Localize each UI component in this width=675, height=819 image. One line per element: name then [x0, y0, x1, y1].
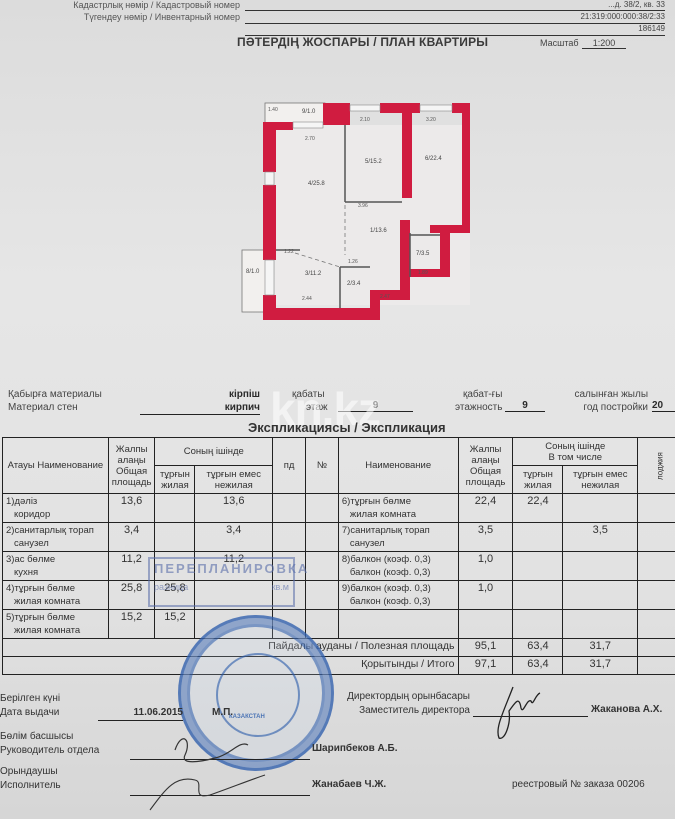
grand-total: 97,1 — [458, 657, 513, 675]
useful-area-loggia — [638, 639, 675, 657]
room-name-kz: 7)санитарлық торап — [342, 524, 455, 537]
room-name-ru: жилая комната — [6, 624, 105, 637]
exec-label-ru: Исполнитель — [0, 779, 61, 793]
balcony-left — [242, 250, 266, 312]
signatures-icon — [120, 720, 300, 815]
room-name-kz: 8)балкон (коэф. 0,3) — [342, 553, 455, 566]
svg-text:7/3.5: 7/3.5 — [416, 251, 430, 257]
explication-table: Атауы Наименование Жалпы алаңы Общая пло… — [2, 437, 675, 675]
head-name: Шарипбеков А.Б. — [312, 742, 398, 756]
exec-label: Орындаушы Исполнитель — [0, 765, 61, 793]
room-name-cell: 3)ас бөлмекухня — [3, 552, 109, 581]
col-header-a: пд — [273, 438, 306, 494]
col-header-name: Атауы Наименование — [3, 438, 109, 494]
living-area-cell — [513, 523, 563, 552]
room-name-cell — [338, 610, 458, 639]
cadastral-value: ...д. 38/2, кв. 33 — [245, 0, 665, 11]
issue-date-label: Берілген күні Дата выдачи — [0, 692, 60, 720]
grand-total-nonliving: 31,7 — [563, 657, 638, 675]
deputy-label-kz: Директордың орынбасары — [345, 690, 470, 704]
plan-title: ПӘТЕРДІҢ ЖОСПАРЫ / ПЛАН КВАРТИРЫ — [237, 35, 488, 49]
wall-label-kz: Қабырға материалы — [8, 388, 102, 401]
svg-text:2.70: 2.70 — [305, 136, 315, 142]
empty-cell — [273, 494, 306, 523]
exec-name: Жанабаев Ч.Ж. — [312, 778, 386, 792]
col-header-name2: Наименование — [338, 438, 458, 494]
col-header-b: № — [306, 438, 339, 494]
total-area-cell: 1,0 — [458, 552, 513, 581]
svg-text:1/13.6: 1/13.6 — [370, 228, 387, 234]
head-label: Бөлім басшысы Руководитель отдела — [0, 730, 99, 758]
replanning-stamp: ПЕРЕПЛАНИРОВКА разница кв.м — [148, 557, 295, 607]
grand-total-living: 63,4 — [513, 657, 563, 675]
svg-text:4/25.8: 4/25.8 — [308, 181, 325, 187]
svg-text:2.10: 2.10 — [360, 117, 370, 123]
room-name-cell: 9)балкон (коэф. 0,3)балкон (коэф. 0,3) — [338, 581, 458, 610]
empty-cell — [306, 523, 339, 552]
nonliving-area-cell: 3,5 — [563, 523, 638, 552]
exec-label-kz: Орындаушы — [0, 765, 61, 779]
scale-label: Масштаб — [540, 38, 579, 48]
useful-area-living: 63,4 — [513, 639, 563, 657]
loggia-cell — [638, 523, 675, 552]
col-header-loggia: лоджия — [638, 438, 675, 494]
total-area-cell: 13,6 — [108, 494, 155, 523]
svg-text:2/3.4: 2/3.4 — [347, 281, 361, 287]
issue-date-value: 11.06.2015 — [98, 706, 183, 721]
total-area-cell: 22,4 — [458, 494, 513, 523]
col-header-nonliving2: тұрғын емес нежилая — [563, 466, 638, 494]
inventory-value: 21:319:000:000:38/2:33 — [245, 12, 665, 24]
living-area-cell: 15,2 — [155, 610, 195, 639]
room-name-kz: 4)тұрғын бөлме — [6, 582, 105, 595]
order-number: реестровый № заказа 00206 — [512, 778, 645, 792]
room-name-ru: санузел — [342, 537, 455, 550]
svg-text:2.44: 2.44 — [302, 296, 312, 302]
living-area-cell — [155, 523, 195, 552]
svg-text:1.40: 1.40 — [268, 107, 278, 113]
svg-text:3/11.2: 3/11.2 — [305, 271, 322, 277]
nonliving-area-cell — [563, 610, 638, 639]
empty-cell — [306, 610, 339, 639]
deputy-label: Директордың орынбасары Заместитель дирек… — [345, 690, 470, 718]
table-row: 5)тұрғын бөлмежилая комната15,215,2 — [3, 610, 675, 639]
wall-material-label: Қабырға материалы Материал стен — [8, 388, 102, 414]
total-area-cell: 15,2 — [108, 610, 155, 639]
svg-text:1.89: 1.89 — [418, 270, 428, 276]
replanning-stamp-unit: кв.м — [272, 582, 289, 592]
empty-cell — [273, 523, 306, 552]
room-name-cell: 4)тұрғын бөлмежилая комната — [3, 581, 109, 610]
living-area-cell — [513, 552, 563, 581]
svg-text:5/15.2: 5/15.2 — [365, 159, 382, 165]
loggia-cell — [638, 610, 675, 639]
living-area-cell — [155, 494, 195, 523]
total-area-cell: 1,0 — [458, 581, 513, 610]
inventory-label: Түгендеу нөмір / Инвентарный номер — [50, 12, 240, 22]
year-label: салынған жылы год постройки — [560, 388, 648, 414]
deputy-label-ru: Заместитель директора — [345, 704, 470, 718]
floors-label: қабат-ғы этажность — [455, 388, 502, 414]
wall-material-value: кірпіш кирпич — [140, 388, 260, 415]
table-row: 3)ас бөлмекухня11,211,28)балкон (коэф. 0… — [3, 552, 675, 581]
room-name-cell: 1)дәлізкоридор — [3, 494, 109, 523]
head-label-ru: Руководитель отдела — [0, 744, 99, 758]
svg-text:3.96: 3.96 — [358, 203, 368, 209]
col-header-nonliving: тұрғын емес нежилая — [195, 466, 273, 494]
col-header-total: Жалпы алаңы Общая площадь — [108, 438, 155, 494]
empty-cell — [306, 494, 339, 523]
svg-text:9/1.0: 9/1.0 — [302, 109, 316, 115]
room-name-ru: жилая комната — [6, 595, 105, 608]
scale-value: 1:200 — [582, 38, 626, 49]
total-area-cell: 3,4 — [108, 523, 155, 552]
room-name-ru: кухня — [6, 566, 105, 579]
room-name-cell: 8)балкон (коэф. 0,3)балкон (коэф. 0,3) — [338, 552, 458, 581]
loggia-cell — [638, 494, 675, 523]
year-label-kz: салынған жылы — [560, 388, 648, 401]
empty-cell — [306, 581, 339, 610]
wall-value-kz: кірпіш — [140, 388, 260, 401]
replanning-stamp-sub: разница — [154, 582, 188, 592]
room-name-ru: санузел — [6, 537, 105, 550]
table-row: 1)дәлізкоридор13,613,66)тұрғын бөлмежила… — [3, 494, 675, 523]
svg-text:8/1.0: 8/1.0 — [246, 269, 260, 275]
col-header-living: тұрғын жилая — [155, 466, 195, 494]
useful-area-total: 95,1 — [458, 639, 513, 657]
room-name-ru: жилая комната — [342, 508, 455, 521]
loggia-cell — [638, 552, 675, 581]
deputy-signature-icon — [485, 683, 545, 743]
svg-text:6/22.4: 6/22.4 — [425, 156, 442, 162]
deputy-name: Жаканова А.Х. — [591, 703, 662, 717]
cadastral-label: Кадастрлық нөмір / Кадастровый номер — [60, 0, 240, 10]
mp-label: М.П. — [212, 706, 233, 720]
issue-date-label-kz: Берілген күні — [0, 692, 60, 706]
floors-value: 9 — [505, 400, 545, 412]
explication-title: Экспликациясы / Экспликация — [248, 420, 446, 435]
room-name-kz: 3)ас бөлме — [6, 553, 105, 566]
wall-label-ru: Материал стен — [8, 401, 102, 414]
floors-label-ru: этажность — [455, 401, 502, 414]
nonliving-area-cell: 3,4 — [195, 523, 273, 552]
room-name-kz: 6)тұрғын бөлме — [342, 495, 455, 508]
empty-cell — [306, 552, 339, 581]
year-value: 20 — [652, 400, 675, 412]
replanning-stamp-title: ПЕРЕПЛАНИРОВКА — [154, 561, 289, 576]
wall-value-ru: кирпич — [140, 401, 260, 415]
room-name-ru: коридор — [6, 508, 105, 521]
room-name-kz: 2)санитарлық торап — [6, 524, 105, 537]
grand-total-loggia — [638, 657, 675, 675]
svg-text:2.47: 2.47 — [380, 294, 390, 300]
incl2-ru: В том числе — [516, 452, 634, 463]
living-area-cell — [513, 581, 563, 610]
room-name-ru: балкон (коэф. 0,3) — [342, 595, 455, 608]
col-header-incl: Соның ішінде — [155, 438, 273, 466]
incl2-kz: Соның ішінде — [516, 441, 634, 452]
nonliving-area-cell — [563, 581, 638, 610]
total-area-cell — [458, 610, 513, 639]
room-name-cell: 5)тұрғын бөлмежилая комната — [3, 610, 109, 639]
svg-text:1.26: 1.26 — [348, 259, 358, 265]
room-name-kz: 1)дәліз — [6, 495, 105, 508]
svg-text:3.20: 3.20 — [426, 117, 436, 123]
living-area-cell: 22,4 — [513, 494, 563, 523]
col-header-total2: Жалпы алаңы Общая площадь — [458, 438, 513, 494]
nonliving-area-cell — [563, 494, 638, 523]
floors-label-kz: қабат-ғы — [455, 388, 502, 401]
living-area-cell — [513, 610, 563, 639]
issue-date-label-ru: Дата выдачи — [0, 706, 60, 720]
svg-text:1.22: 1.22 — [284, 249, 294, 255]
col-header-living2: тұрғын жилая — [513, 466, 563, 494]
room-name-cell: 7)санитарлық торапсанузел — [338, 523, 458, 552]
table-row: 4)тұрғын бөлмежилая комната25,825,89)бал… — [3, 581, 675, 610]
total-area-cell: 3,5 — [458, 523, 513, 552]
room-name-ru: балкон (коэф. 0,3) — [342, 566, 455, 579]
col-header-incl2: Соның ішінде В том числе — [513, 438, 638, 466]
table-row: 2)санитарлық торапсанузел3,43,47)санитар… — [3, 523, 675, 552]
room-name-kz: 5)тұрғын бөлме — [6, 611, 105, 624]
room-name-kz: 9)балкон (коэф. 0,3) — [342, 582, 455, 595]
room-name-cell: 2)санитарлық торапсанузел — [3, 523, 109, 552]
useful-area-nonliving: 31,7 — [563, 639, 638, 657]
year-label-ru: год постройки — [560, 401, 648, 414]
floor-plan: 1.40 2.10 3.20 2.70 3.96 1.22 1.26 2.44 … — [230, 95, 480, 320]
head-label-kz: Бөлім басшысы — [0, 730, 99, 744]
nonliving-area-cell: 13,6 — [195, 494, 273, 523]
room-name-cell: 6)тұрғын бөлмежилая комната — [338, 494, 458, 523]
nonliving-area-cell — [563, 552, 638, 581]
loggia-cell — [638, 581, 675, 610]
